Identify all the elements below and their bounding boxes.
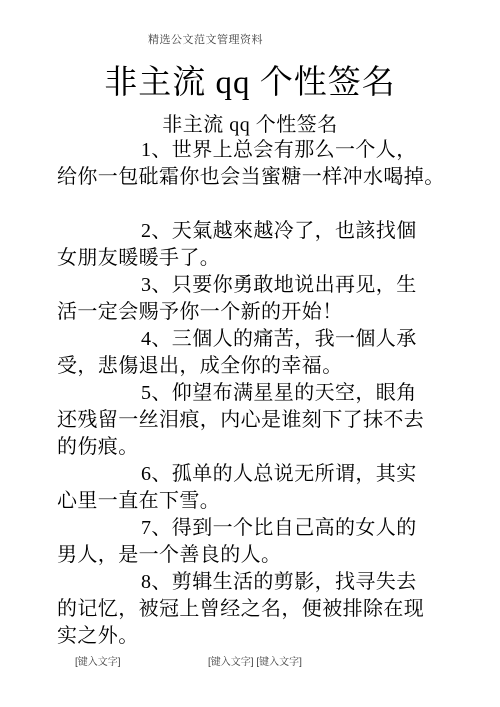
page-subtitle: 非主流 qq 个性签名 xyxy=(0,108,500,137)
document-page: 精选公文范文管理资料 非主流 qq 个性签名 非主流 qq 个性签名 1、世界上… xyxy=(0,0,500,707)
text-line: 的伤痕。 xyxy=(57,434,447,461)
text-line: 的记忆，被冠上曾经之名，便被排除在现 xyxy=(57,596,447,623)
text-line: 男人，是一个善良的人。 xyxy=(57,542,447,569)
text-line: 5、仰望布满星星的天空，眼角 xyxy=(57,380,447,407)
text-line: 还残留一丝泪痕，内心是谁刻下了抹不去 xyxy=(57,407,447,434)
signature-item-5: 5、仰望布满星星的天空，眼角 还残留一丝泪痕，内心是谁刻下了抹不去 的伤痕。 xyxy=(57,380,447,461)
document-body: 1、世界上总会有那么一个人， 给你一包砒霜你也会当蜜糖一样冲水喝掉。 2、天氣越… xyxy=(57,137,447,650)
text-line: 实之外。 xyxy=(57,623,447,650)
text-line: 给你一包砒霜你也会当蜜糖一样冲水喝掉。 xyxy=(57,164,447,191)
text-line: 4、三個人的痛苦，我一個人承 xyxy=(57,326,447,353)
signature-item-6: 6、孤单的人总说无所谓，其实 心里一直在下雪。 xyxy=(57,461,447,515)
header-note: 精选公文范文管理资料 xyxy=(148,31,263,47)
footer-placeholder-center[interactable]: [键入文字] [键入文字] xyxy=(208,653,302,668)
text-line: 受，悲傷退出，成全你的幸福。 xyxy=(57,353,447,380)
signature-item-1: 1、世界上总会有那么一个人， 给你一包砒霜你也会当蜜糖一样冲水喝掉。 xyxy=(57,137,447,191)
footer-placeholder-left[interactable]: [键入文字] xyxy=(75,653,121,668)
page-footer: [键入文字] [键入文字] [键入文字] xyxy=(0,653,500,671)
signature-item-4: 4、三個人的痛苦，我一個人承 受，悲傷退出，成全你的幸福。 xyxy=(57,326,447,380)
text-line: 6、孤单的人总说无所谓，其实 xyxy=(57,461,447,488)
signature-item-7: 7、得到一个比自己高的女人的 男人，是一个善良的人。 xyxy=(57,515,447,569)
text-line: 心里一直在下雪。 xyxy=(57,488,447,515)
text-line: 2、天氣越來越冷了，也該找個 xyxy=(57,218,447,245)
text-line: 3、只要你勇敢地说出再见，生 xyxy=(57,272,447,299)
text-line: 1、世界上总会有那么一个人， xyxy=(57,137,447,164)
signature-item-2: 2、天氣越來越冷了，也該找個 女朋友暖暖手了。 xyxy=(57,218,447,272)
signature-item-8: 8、剪辑生活的剪影，找寻失去 的记忆，被冠上曾经之名，便被排除在现 实之外。 xyxy=(57,569,447,650)
text-line: 7、得到一个比自己高的女人的 xyxy=(57,515,447,542)
text-line: 8、剪辑生活的剪影，找寻失去 xyxy=(57,569,447,596)
signature-item-3: 3、只要你勇敢地说出再见，生 活一定会赐予你一个新的开始！ xyxy=(57,272,447,326)
text-line: 女朋友暖暖手了。 xyxy=(57,245,447,272)
text-line: 活一定会赐予你一个新的开始！ xyxy=(57,299,447,326)
page-title: 非主流 qq 个性签名 xyxy=(0,56,500,103)
